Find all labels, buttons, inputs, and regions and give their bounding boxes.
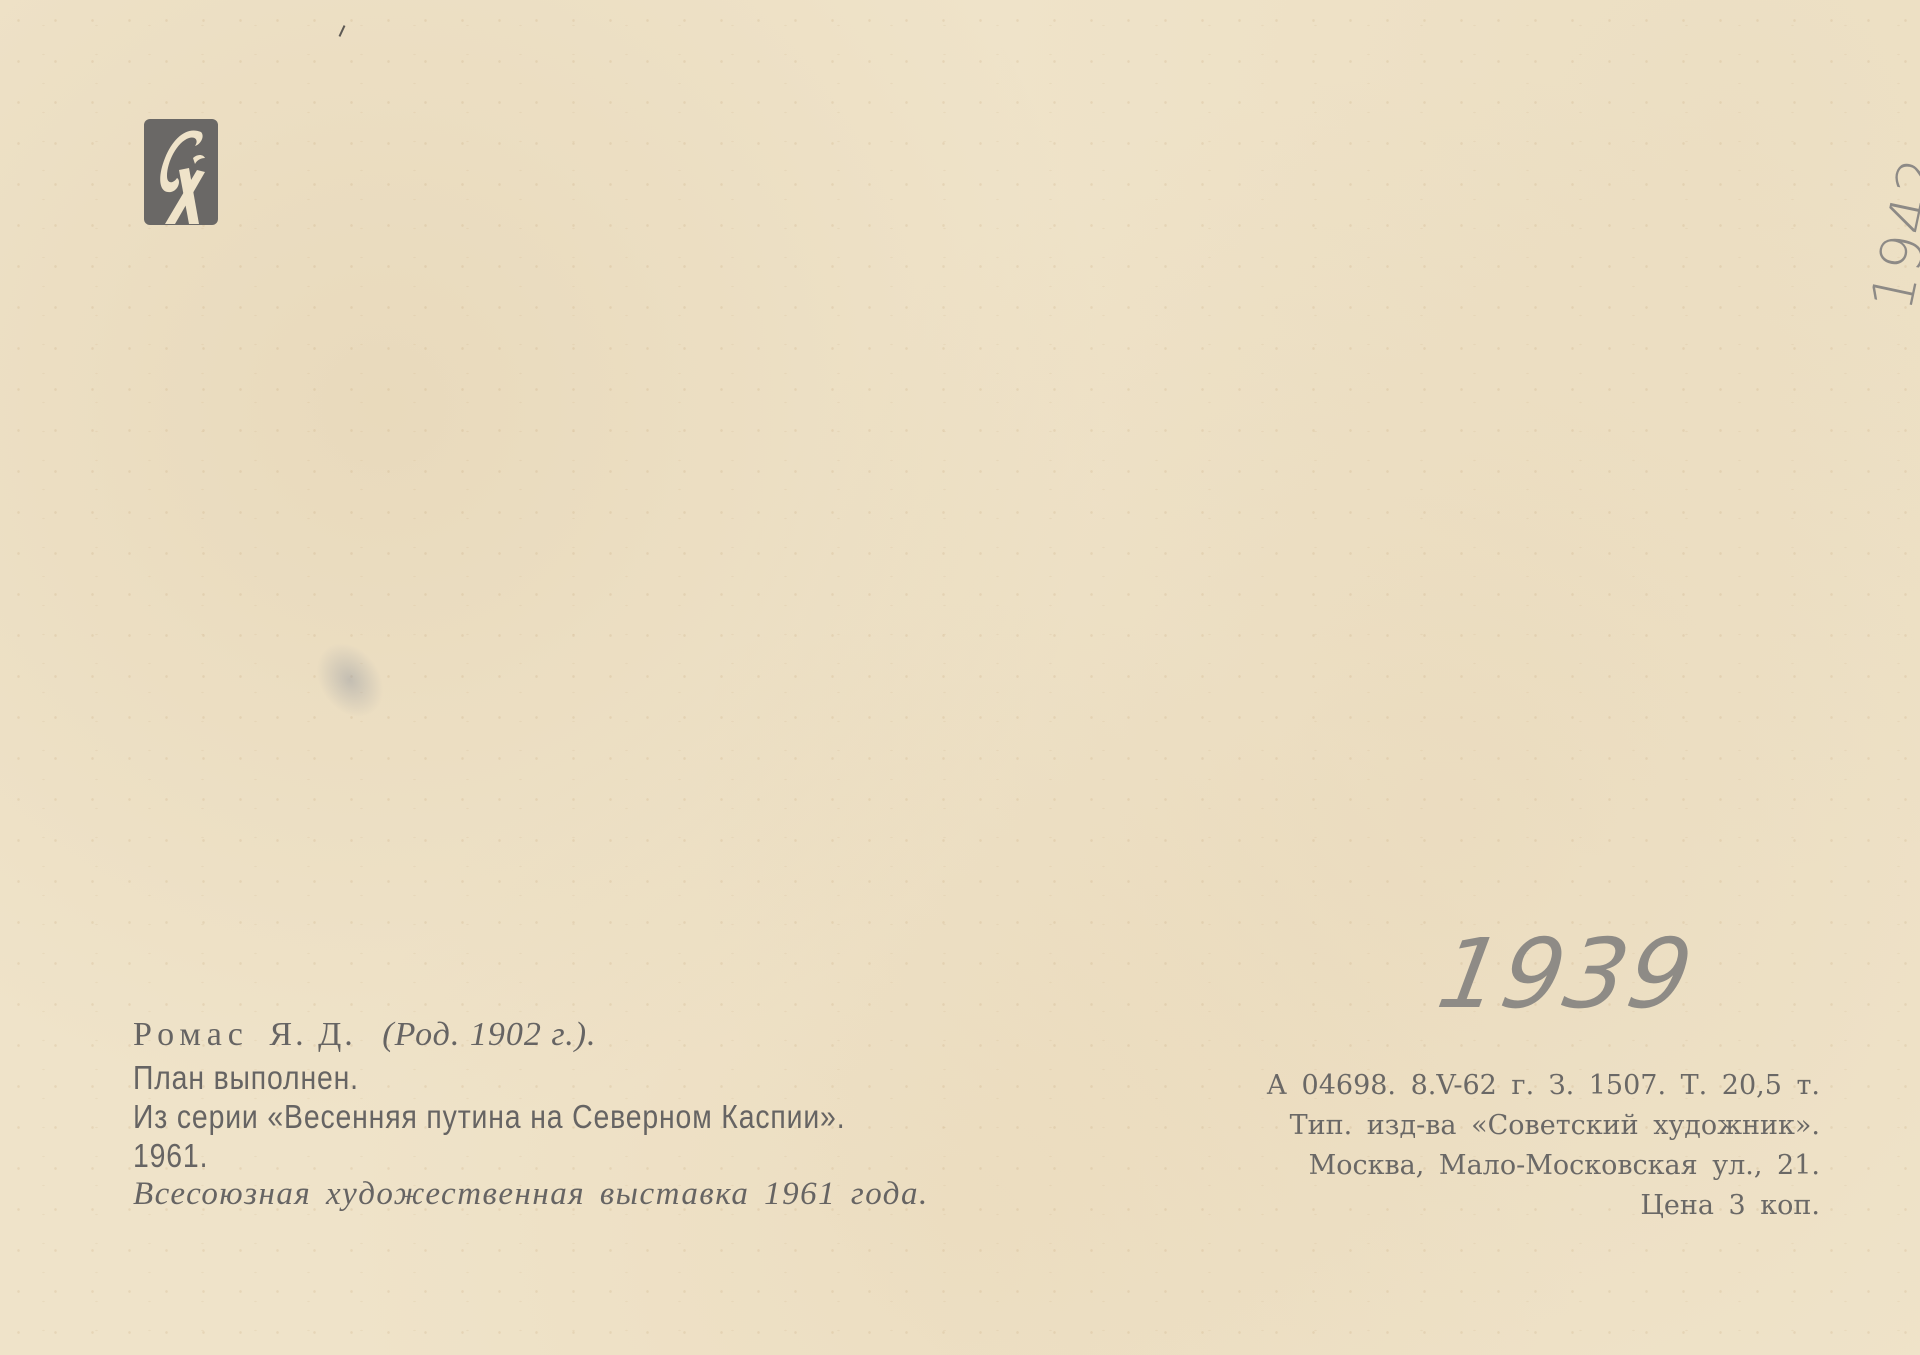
publisher-imprint: А 04698. 8.V-62 г. З. 1507. Т. 20,5 т. Т… [1120,1066,1820,1226]
imprint-address-line: Москва, Мало-Московская ул., 21. [1120,1146,1820,1186]
price-label: Цена 3 коп. [1120,1186,1820,1226]
artwork-caption: Ромас Я. Д. (Род. 1902 г.). План выполне… [133,1012,1133,1214]
artwork-title-line: План выполнен. [133,1058,1133,1097]
publisher-logo-icon [143,118,219,226]
author-birth-year: (Род. 1902 г.). [382,1016,596,1053]
artwork-year: 1961. [133,1136,208,1175]
imprint-printer-line: Тип. изд-ва «Советский художник». [1120,1106,1820,1146]
artwork-series: Из серии «Весенняя путина на Северном Ка… [133,1097,845,1136]
author-initials: Я. Д. [269,1016,355,1053]
artwork-title: План выполнен. [133,1058,359,1097]
handwritten-note-top-right: 1942 [1858,150,1920,316]
stray-pencil-mark [339,25,346,37]
series-line: Из серии «Весенняя путина на Северном Ка… [133,1097,1133,1136]
year-line: 1961. [133,1136,1133,1175]
ink-smudge [302,630,397,730]
author-surname: Ромас [133,1016,249,1053]
author-line: Ромас Я. Д. (Род. 1902 г.). [133,1012,1133,1058]
handwritten-note-year: 1939 [1430,918,1702,1030]
imprint-order-line: А 04698. 8.V-62 г. З. 1507. Т. 20,5 т. [1120,1066,1820,1106]
exhibition-line: Всесоюзная художественная выставка 1961 … [133,1175,1133,1214]
